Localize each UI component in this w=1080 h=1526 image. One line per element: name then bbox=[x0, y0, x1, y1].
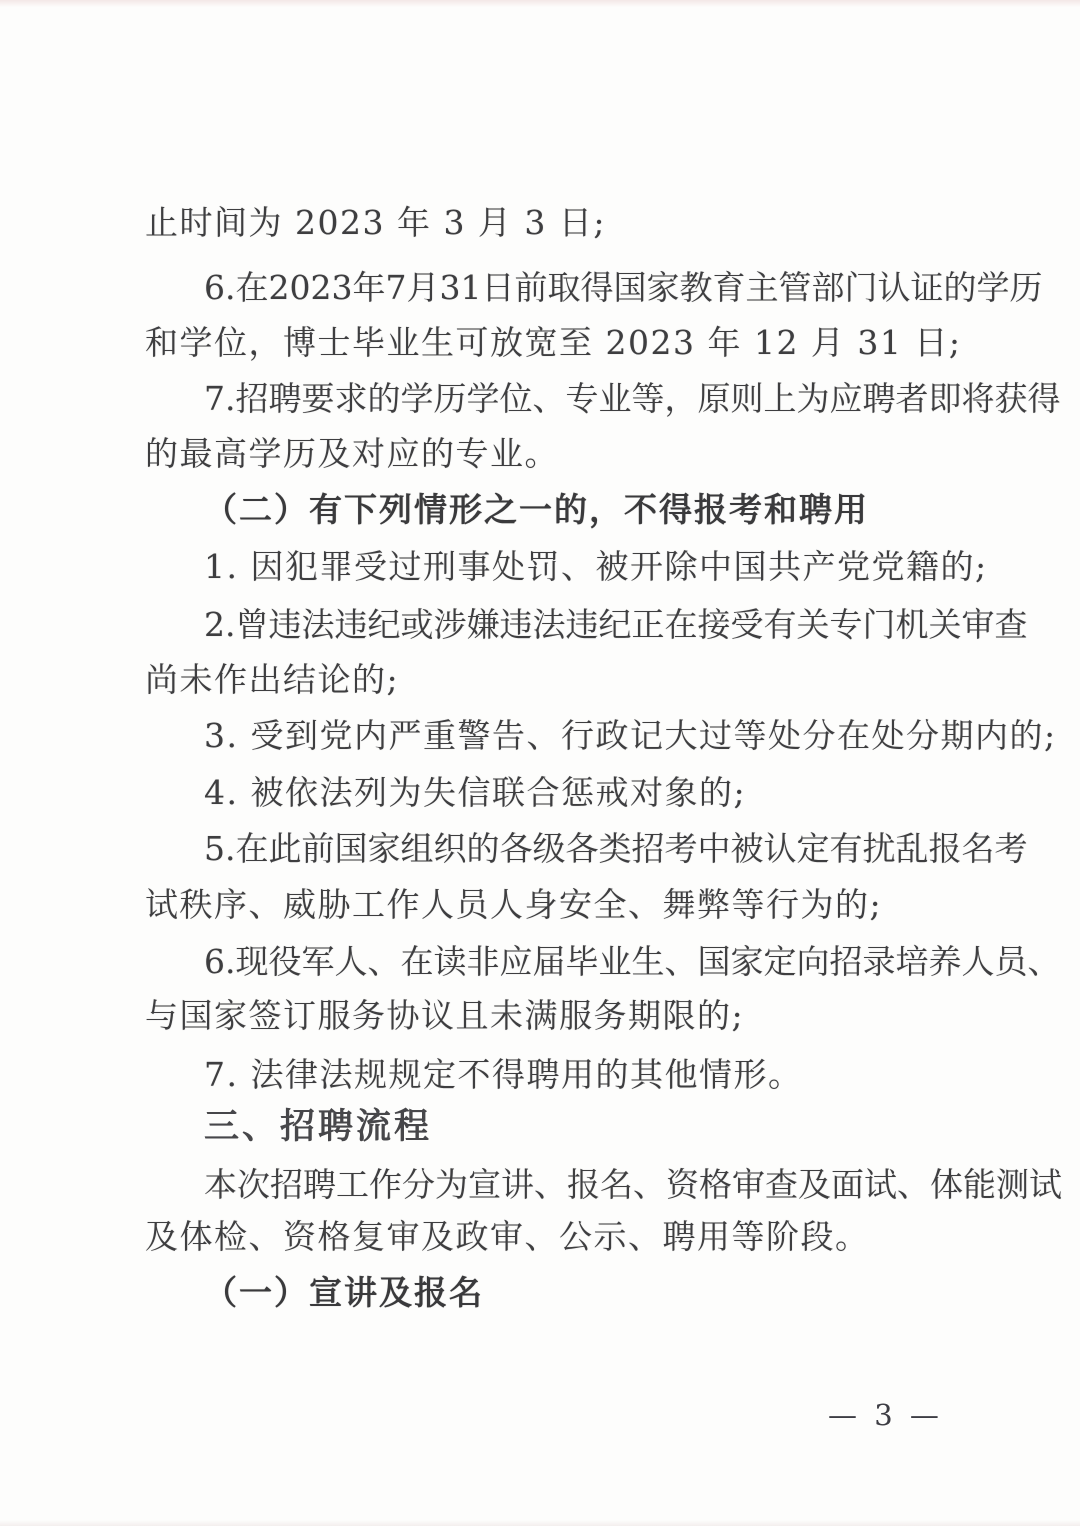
text-line: 和学位，博士毕业生可放宽至 2023 年 12 月 31 日; bbox=[145, 322, 962, 364]
text-line: 6.在2023年7月31日前取得国家教育主管部门认证的学历 bbox=[204, 267, 958, 309]
text-line: 的最高学历及对应的专业。 bbox=[145, 433, 559, 475]
section-heading: （一）宣讲及报名 bbox=[204, 1272, 484, 1314]
text-line: 3. 受到党内严重警告、行政记大过等处分在处分期内的; bbox=[204, 715, 1057, 757]
text-line: 7. 法律法规规定不得聘用的其他情形。 bbox=[204, 1054, 802, 1096]
text-line: 5.在此前国家组织的各级各类招考中被认定有扰乱报名考 bbox=[204, 828, 958, 870]
text-line: 6.现役军人、在读非应届毕业生、国家定向招录培养人员、 bbox=[204, 941, 958, 983]
text-line: 4. 被依法列为失信联合惩戒对象的; bbox=[204, 772, 746, 814]
text-line: 止时间为 2023 年 3 月 3 日; bbox=[145, 202, 606, 244]
text-line: 及体检、资格复审及政审、公示、聘用等阶段。 bbox=[145, 1216, 870, 1258]
text-line: 尚未作出结论的; bbox=[145, 659, 399, 701]
text-line: 本次招聘工作分为宣讲、报名、资格审查及面试、体能测试 bbox=[204, 1164, 958, 1206]
document-page: 止时间为 2023 年 3 月 3 日; 6.在2023年7月31日前取得国家教… bbox=[0, 0, 1080, 1526]
text-line: 7.招聘要求的学历学位、专业等，原则上为应聘者即将获得 bbox=[204, 378, 958, 420]
section-heading: 三、招聘流程 bbox=[204, 1106, 432, 1148]
text-line: 试秩序、威胁工作人员人身安全、舞弊等行为的; bbox=[145, 884, 882, 926]
page-number: — 3 — bbox=[828, 1398, 943, 1432]
section-heading: （二）有下列情形之一的，不得报考和聘用 bbox=[204, 489, 869, 531]
text-line: 2.曾违法违纪或涉嫌违法违纪正在接受有关专门机关审查 bbox=[204, 604, 958, 646]
text-line: 与国家签订服务协议且未满服务期限的; bbox=[145, 995, 744, 1037]
text-line: 1. 因犯罪受过刑事处罚、被开除中国共产党党籍的; bbox=[204, 546, 988, 588]
